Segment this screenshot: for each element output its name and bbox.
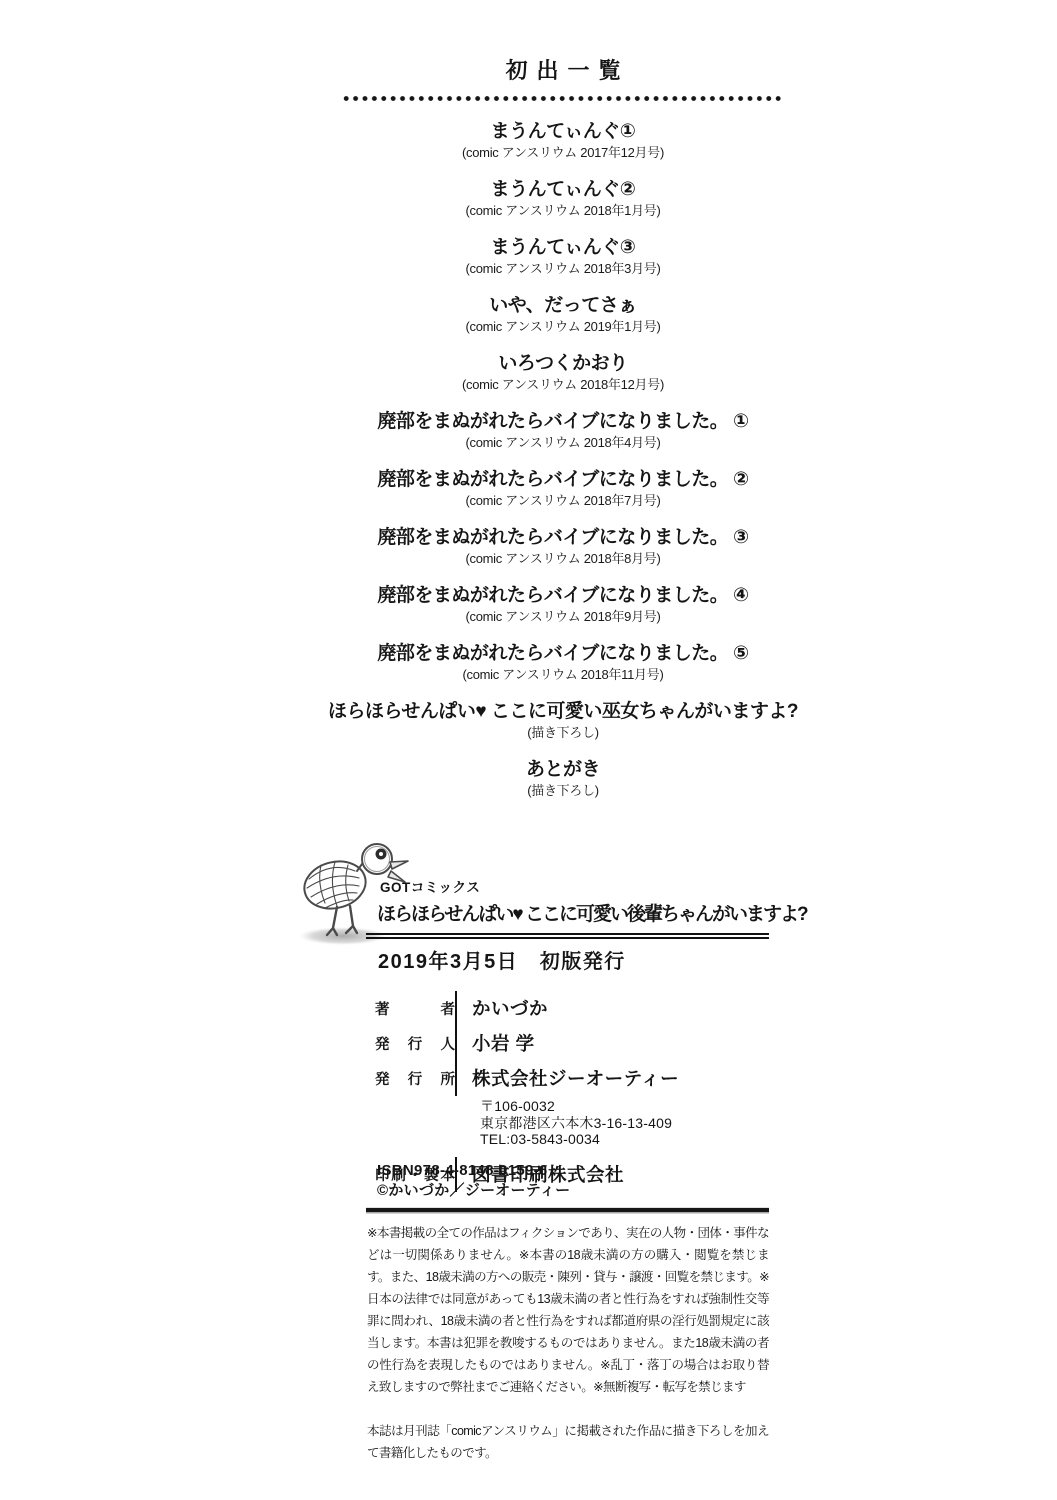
publication-item: あとがき (描き下ろし) (303, 758, 823, 799)
publication-title: 廃部をまぬがれたらバイブになりました。 ② (303, 468, 823, 492)
credit-row-publisher: 発行所 株式会社ジーオーティー (375, 1061, 777, 1096)
publication-title: 廃部をまぬがれたらバイブになりました。 ① (303, 410, 823, 434)
publisher-address: 〒106-0032 東京都港区六本木3-16-13-409 TEL:03-584… (480, 1096, 777, 1152)
publication-item: まうんてぃんぐ① (comic アンスリウム 2017年12月号) (303, 120, 823, 161)
imprint-label: GOTコミックス (380, 876, 480, 896)
publication-item: ほらほらせんぱい♥ ここに可愛い巫女ちゃんがいますよ? (描き下ろし) (303, 700, 823, 741)
publication-source: (comic アンスリウム 2017年12月号) (303, 144, 823, 161)
publication-source: (comic アンスリウム 2018年9月号) (303, 608, 823, 625)
publication-source: (comic アンスリウム 2018年1月号) (303, 202, 823, 219)
credit-label-issuer: 発行人 (375, 1026, 455, 1061)
credit-label-publisher: 発行所 (375, 1061, 455, 1096)
publication-title: いや、だってさぁ (303, 294, 823, 318)
publication-item: まうんてぃんぐ③ (comic アンスリウム 2018年3月号) (303, 236, 823, 277)
publication-title: まうんてぃんぐ② (303, 178, 823, 202)
first-publication-list: 初出一覧 まうんてぃんぐ① (comic アンスリウム 2017年12月号) ま… (303, 54, 823, 816)
publication-source: (comic アンスリウム 2018年7月号) (303, 492, 823, 509)
publication-source: (描き下ろし) (303, 782, 823, 799)
credit-value-issuer: 小岩 学 (455, 1026, 777, 1061)
publication-source: (comic アンスリウム 2018年11月号) (303, 666, 823, 683)
copyright-line: ©かいづか／ジーオーティー (377, 1181, 570, 1201)
credit-label-author: 著者 (375, 991, 455, 1026)
publication-item: 廃部をまぬがれたらバイブになりました。 ③ (comic アンスリウム 2018… (303, 526, 823, 567)
publication-source: (comic アンスリウム 2018年3月号) (303, 260, 823, 277)
publication-source: (comic アンスリウム 2018年8月号) (303, 550, 823, 567)
credit-value-publisher: 株式会社ジーオーティー (455, 1061, 777, 1096)
isbn-number: ISBN978-4-8148-0159-6 (377, 1161, 570, 1181)
publication-title: あとがき (303, 758, 823, 782)
bird-body (299, 855, 370, 915)
publication-item: まうんてぃんぐ② (comic アンスリウム 2018年1月号) (303, 178, 823, 219)
legal-disclaimer: ※本書掲載の全ての作品はフィクションであり、実在の人物・団体・事件などは一切関係… (367, 1222, 769, 1398)
publication-items: まうんてぃんぐ① (comic アンスリウム 2017年12月号) まうんてぃん… (303, 120, 823, 799)
isbn-block: ISBN978-4-8148-0159-6 ©かいづか／ジーオーティー (377, 1161, 570, 1201)
title-double-rule (366, 933, 769, 939)
credit-row-author: 著者 かいづか (375, 991, 777, 1026)
publication-item: 廃部をまぬがれたらバイブになりました。 ⑤ (comic アンスリウム 2018… (303, 642, 823, 683)
colophon-page: 初出一覧 まうんてぃんぐ① (comic アンスリウム 2017年12月号) ま… (0, 0, 1057, 1500)
page-title: 初出一覧 (303, 54, 823, 85)
publication-item: 廃部をまぬがれたらバイブになりました。 ④ (comic アンスリウム 2018… (303, 584, 823, 625)
legal-top-rule (366, 1208, 769, 1212)
publication-item: いや、だってさぁ (comic アンスリウム 2019年1月号) (303, 294, 823, 335)
publication-title: まうんてぃんぐ③ (303, 236, 823, 260)
publication-source: (comic アンスリウム 2018年12月号) (303, 376, 823, 393)
publication-title: 廃部をまぬがれたらバイブになりました。 ④ (303, 584, 823, 608)
publication-title: 廃部をまぬがれたらバイブになりました。 ⑤ (303, 642, 823, 666)
publication-source: (comic アンスリウム 2018年4月号) (303, 434, 823, 451)
publication-title: いろつくかおり (303, 352, 823, 376)
publication-item: 廃部をまぬがれたらバイブになりました。 ② (comic アンスリウム 2018… (303, 468, 823, 509)
legal-section: ※本書掲載の全ての作品はフィクションであり、実在の人物・団体・事件などは一切関係… (367, 1222, 769, 1464)
publication-item: 廃部をまぬがれたらバイブになりました。 ① (comic アンスリウム 2018… (303, 410, 823, 451)
bird-beak (390, 861, 408, 869)
credit-row-issuer: 発行人 小岩 学 (375, 1026, 777, 1061)
publication-title: 廃部をまぬがれたらバイブになりました。 ③ (303, 526, 823, 550)
release-date: 2019年3月5日 初版発行 (378, 945, 626, 974)
publication-source: (comic アンスリウム 2019年1月号) (303, 318, 823, 335)
publication-title: ほらほらせんぱい♥ ここに可愛い巫女ちゃんがいますよ? (303, 700, 823, 724)
credit-value-author: かいづか (455, 991, 777, 1026)
serialization-note: 本誌は月刊誌「comicアンスリウム」に掲載された作品に描き下ろしを加えて書籍化… (367, 1420, 769, 1464)
book-title: ほらほらせんぱい♥ ここに可愛い後輩ちゃんがいますよ? (377, 899, 777, 926)
publication-item: いろつくかおり (comic アンスリウム 2018年12月号) (303, 352, 823, 393)
publication-source: (描き下ろし) (303, 724, 823, 741)
publication-title: まうんてぃんぐ① (303, 120, 823, 144)
dotted-divider (343, 95, 783, 102)
